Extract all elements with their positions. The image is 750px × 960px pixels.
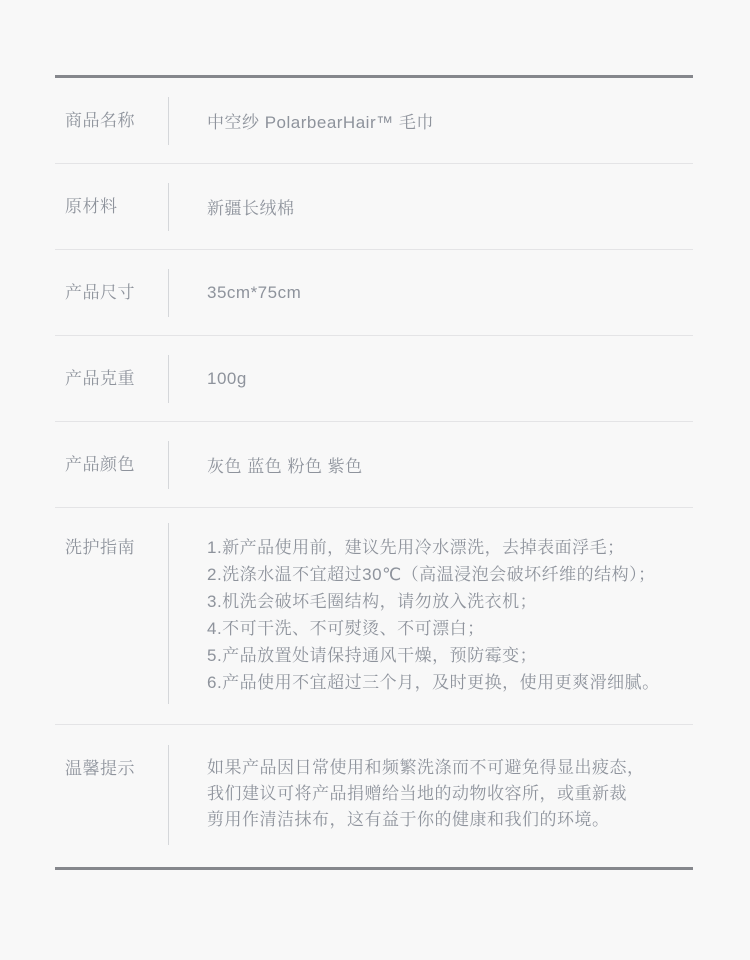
- warm-tips-line: 我们建议可将产品捐赠给当地的动物收容所，或重新裁: [207, 781, 693, 807]
- care-guide-line: 1.新产品使用前，建议先用冷水漂洗，去掉表面浮毛；: [207, 534, 693, 561]
- column-divider: [168, 745, 169, 845]
- care-guide-line: 2.洗涤水温不宜超过30℃（高温浸泡会破坏纤维的结构）；: [207, 561, 693, 588]
- spec-value: 灰色 蓝色 粉色 紫色: [168, 452, 693, 477]
- spec-row-product-name: 商品名称 中空纱 PolarbearHair™ 毛巾: [55, 78, 693, 164]
- column-divider: [168, 97, 169, 145]
- spec-row-raw-material: 原材料 新疆长绒棉: [55, 164, 693, 250]
- spec-label: 原材料: [55, 193, 168, 220]
- column-divider: [168, 269, 169, 317]
- spec-value-care-guide: 1.新产品使用前，建议先用冷水漂洗，去掉表面浮毛； 2.洗涤水温不宜超过30℃（…: [168, 508, 693, 724]
- spec-row-warm-tips: 温馨提示 如果产品因日常使用和频繁洗涤而不可避免得显出疲态， 我们建议可将产品捐…: [55, 725, 693, 867]
- care-guide-line: 5.产品放置处请保持通风干燥，预防霉变；: [207, 642, 693, 669]
- column-divider: [168, 441, 169, 489]
- care-guide-line: 3.机洗会破坏毛圈结构，请勿放入洗衣机；: [207, 588, 693, 615]
- product-spec-table: 商品名称 中空纱 PolarbearHair™ 毛巾 原材料 新疆长绒棉 产品尺…: [55, 75, 693, 870]
- care-guide-line: 4.不可干洗、不可熨烫、不可漂白；: [207, 615, 693, 642]
- column-divider: [168, 355, 169, 403]
- spec-label: 产品克重: [55, 365, 168, 392]
- spec-row-product-size: 产品尺寸 35cm*75cm: [55, 250, 693, 336]
- spec-value: 35cm*75cm: [168, 283, 693, 303]
- spec-label: 商品名称: [55, 107, 168, 134]
- spec-row-product-color: 产品颜色 灰色 蓝色 粉色 紫色: [55, 422, 693, 508]
- column-divider: [168, 183, 169, 231]
- spec-label: 产品尺寸: [55, 279, 168, 306]
- spec-value: 100g: [168, 369, 693, 389]
- spec-row-product-weight: 产品克重 100g: [55, 336, 693, 422]
- spec-value: 新疆长绒棉: [168, 194, 693, 219]
- spec-label: 产品颜色: [55, 451, 168, 478]
- spec-value-warm-tips: 如果产品因日常使用和频繁洗涤而不可避免得显出疲态， 我们建议可将产品捐赠给当地的…: [168, 725, 693, 866]
- spec-row-care-guide: 洗护指南 1.新产品使用前，建议先用冷水漂洗，去掉表面浮毛； 2.洗涤水温不宜超…: [55, 508, 693, 725]
- care-guide-line: 6.产品使用不宜超过三个月，及时更换，使用更爽滑细腻。: [207, 669, 693, 696]
- spec-label: 洗护指南: [55, 508, 168, 561]
- warm-tips-line: 如果产品因日常使用和频繁洗涤而不可避免得显出疲态，: [207, 755, 693, 781]
- warm-tips-line: 剪用作清洁抹布，这有益于你的健康和我们的环境。: [207, 807, 693, 833]
- spec-label: 温馨提示: [55, 725, 168, 782]
- spec-value: 中空纱 PolarbearHair™ 毛巾: [168, 108, 693, 133]
- column-divider: [168, 523, 169, 704]
